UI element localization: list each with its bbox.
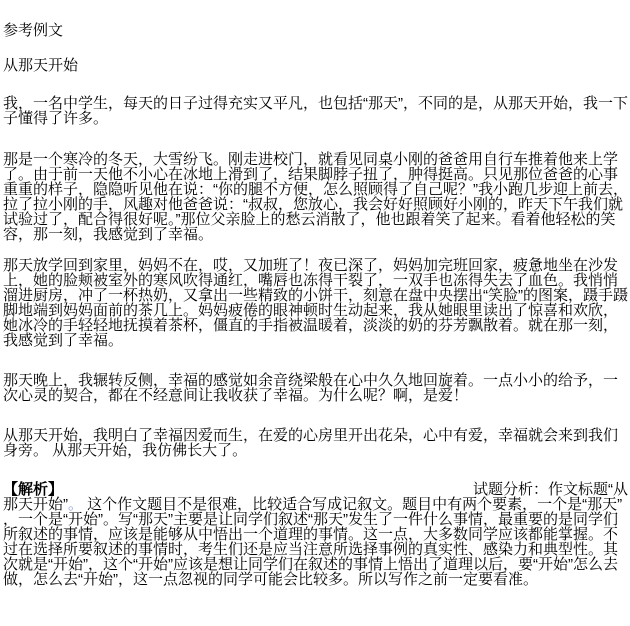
- analysis-intro-text: 试题分析：作文标题“从: [473, 482, 628, 497]
- analysis-body: 那天开始”。 这个作文题目不是很难，比较适合写成记叙文。题目中有两个要素，一个是…: [3, 497, 628, 587]
- page: { "page": { "background_color": "#ffffff…: [0, 0, 630, 626]
- essay-paragraph-5: 从那天开始，我明白了幸福因爱而生，在爱的心房里开出花朵，心中有爱，幸福就会来到我…: [3, 428, 628, 458]
- essay-paragraph-4: 那天晚上，我辗转反侧，幸福的感觉如余音绕梁般在心中久久地回旋着。一点小小的给予，…: [3, 373, 628, 403]
- analysis-heading-row: 【解析】 试题分析：作文标题“从: [3, 482, 628, 497]
- analysis-label: 【解析】: [3, 482, 63, 497]
- analysis-body-rest: 这个作文题目不是很难，比较适合写成记叙文。题目中有两个要素，一个是“那天”，一个…: [3, 496, 622, 588]
- essay-paragraph-3: 那天放学回到家里，妈妈不在，哎，又加班了！夜已深了，妈妈加完班回家，疲惫地坐在沙…: [3, 258, 628, 348]
- document-page: 参考例文 从那天开始 我，一名中学生，每天的日子过得充实又平凡，也包括“那天”，…: [0, 0, 630, 587]
- analysis-section: 【解析】 试题分析：作文标题“从 那天开始”。 这个作文题目不是很难，比较适合写…: [3, 482, 628, 587]
- essay-paragraph-2: 那是一个寒冷的冬天，大雪纷飞。刚走进校门，就看见同桌小刚的爸爸用自行车推着他来上…: [3, 152, 628, 242]
- section-label: 参考例文: [3, 23, 628, 38]
- essay-title: 从那天开始: [3, 58, 628, 73]
- essay-paragraph-1: 我，一名中学生，每天的日子过得充实又平凡，也包括“那天”，不同的是，从那天开始，…: [3, 96, 628, 126]
